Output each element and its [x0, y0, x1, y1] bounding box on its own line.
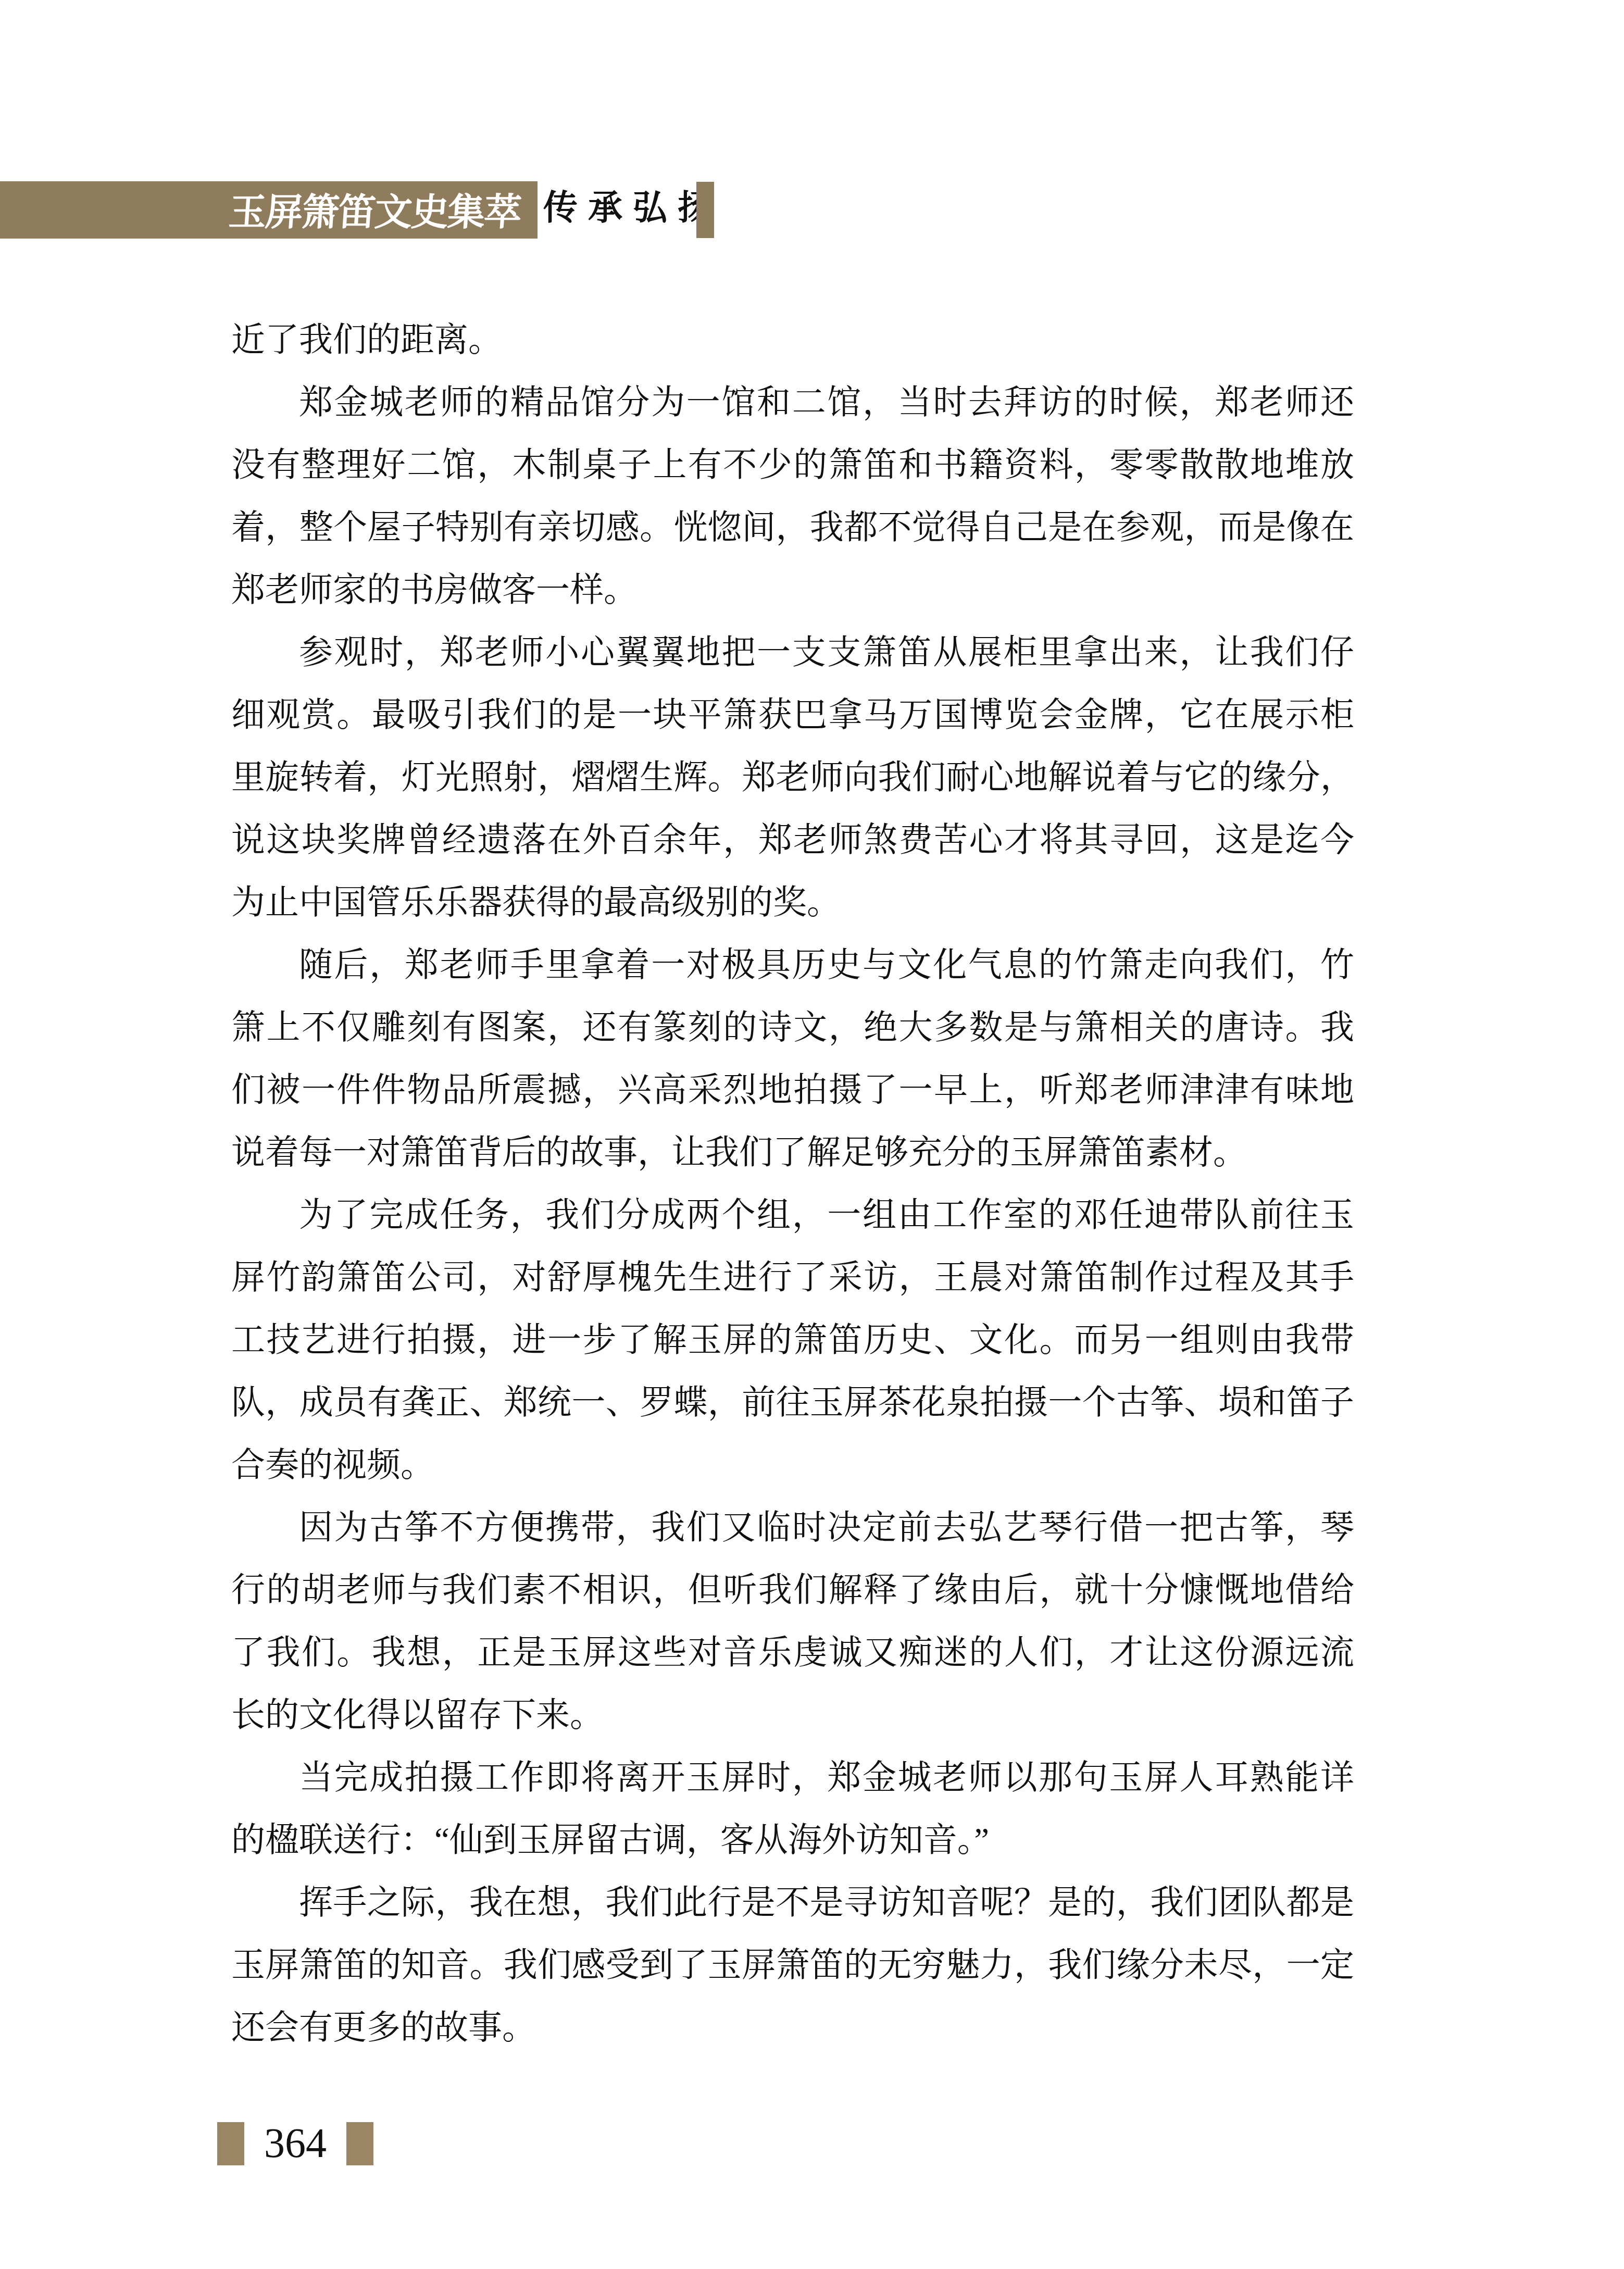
header-band: 玉屏箫笛文史集萃 [0, 181, 538, 239]
text-line: 工技艺进行拍摄，进一步了解玉屏的箫笛历史、文化。而另一组则由我带 [231, 1309, 1354, 1372]
text-line: 当完成拍摄工作即将离开玉屏时，郑金城老师以那句玉屏人耳熟能详 [231, 1747, 1354, 1809]
header-accent-bar [696, 182, 714, 238]
text-line: 玉屏箫笛的知音。我们感受到了玉屏箫笛的无穷魅力，我们缘分未尽，一定 [231, 1934, 1354, 1997]
text-line: 合奏的视频。 [231, 1434, 1354, 1497]
text-line: 因为古筝不方便携带，我们又临时决定前去弘艺琴行借一把古筝，琴 [231, 1497, 1354, 1559]
text-line: 长的文化得以留存下来。 [231, 1684, 1354, 1747]
text-line: 随后，郑老师手里拿着一对极具历史与文化气息的竹箫走向我们，竹 [231, 934, 1354, 996]
text-line: 郑老师家的书房做客一样。 [231, 559, 1354, 621]
text-line: 挥手之际，我在想，我们此行是不是寻访知音呢？是的，我们团队都是 [231, 1872, 1354, 1934]
text-line: 说着每一对箫笛背后的故事，让我们了解足够充分的玉屏箫笛素材。 [231, 1121, 1354, 1184]
text-line: 箫上不仅雕刻有图案，还有篆刻的诗文，绝大多数是与箫相关的唐诗。我 [231, 996, 1354, 1059]
section-title: 传承弘扬 [543, 188, 722, 233]
text-line: 行的胡老师与我们素不相识，但听我们解释了缘由后，就十分慷慨地借给 [231, 1559, 1354, 1622]
text-line: 了我们。我想，正是玉屏这些对音乐虔诚又痴迷的人们，才让这份源远流 [231, 1622, 1354, 1684]
text-line: 还会有更多的故事。 [231, 1997, 1354, 2059]
text-line: 近了我们的距离。 [231, 309, 1354, 371]
text-line: 说这块奖牌曾经遗落在外百余年，郑老师煞费苦心才将其寻回，这是迄今 [231, 809, 1354, 871]
page-text-block: 近了我们的距离。 郑金城老师的精品馆分为一馆和二馆，当时去拜访的时候，郑老师还 … [231, 309, 1354, 2059]
book-title-calligraphy: 玉屏箫笛文史集萃 [227, 182, 522, 236]
footer-right-square-icon [346, 2122, 373, 2165]
text-line: 细观赏。最吸引我们的是一块平箫获巴拿马万国博览会金牌，它在展示柜 [231, 684, 1354, 746]
text-line: 着，整个屋子特别有亲切感。恍惚间，我都不觉得自己是在参观，而是像在 [231, 496, 1354, 559]
text-line: 们被一件件物品所震撼，兴高采烈地拍摄了一早上，听郑老师津津有味地 [231, 1059, 1354, 1121]
text-line: 的楹联送行：“仙到玉屏留古调，客从海外访知音。” [231, 1809, 1354, 1872]
text-line: 没有整理好二馆，木制桌子上有不少的箫笛和书籍资料，零零散散地堆放 [231, 434, 1354, 496]
text-line: 郑金城老师的精品馆分为一馆和二馆，当时去拜访的时候，郑老师还 [231, 371, 1354, 434]
text-line: 队，成员有龚正、郑统一、罗蝶，前往玉屏茶花泉拍摄一个古筝、埙和笛子 [231, 1372, 1354, 1434]
text-line: 里旋转着，灯光照射，熠熠生辉。郑老师向我们耐心地解说着与它的缘分， [231, 746, 1354, 809]
text-line: 为止中国管乐乐器获得的最高级别的奖。 [231, 871, 1354, 934]
text-line: 屏竹韵箫笛公司，对舒厚槐先生进行了采访，王晨对箫笛制作过程及其手 [231, 1246, 1354, 1309]
footer-left-square-icon [217, 2122, 244, 2165]
page-number: 364 [244, 2122, 346, 2165]
text-line: 为了完成任务，我们分成两个组，一组由工作室的邓任迪带队前往玉 [231, 1184, 1354, 1246]
page-footer: 364 [217, 2122, 373, 2165]
text-line: 参观时，郑老师小心翼翼地把一支支箫笛从展柜里拿出来，让我们仔 [231, 621, 1354, 684]
